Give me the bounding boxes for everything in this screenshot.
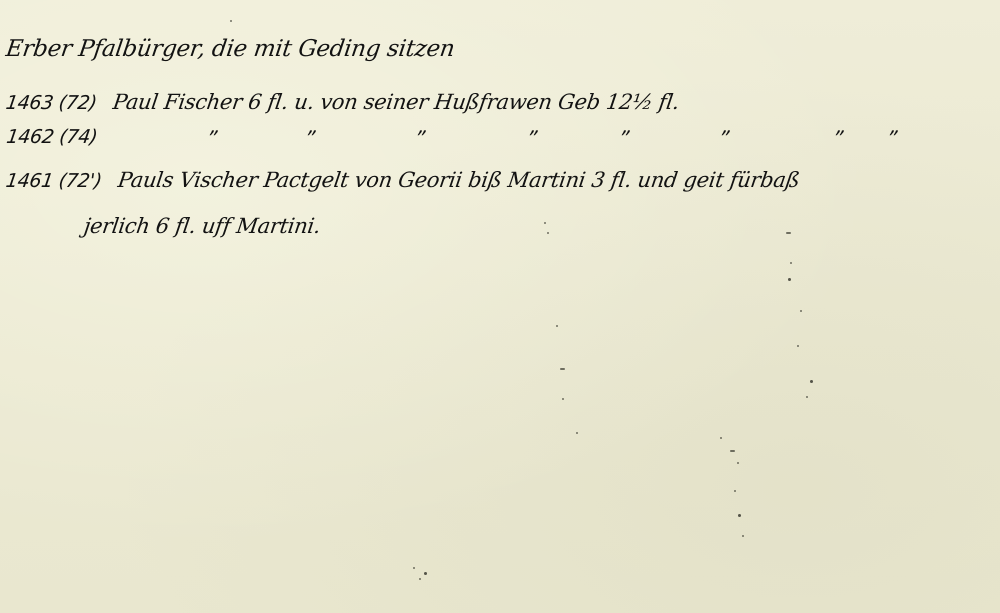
ditto-mark: ” xyxy=(831,128,844,148)
entry-1461-continuation: jerlich 6 fl. uff Martini. xyxy=(83,216,322,237)
ditto-mark: ” xyxy=(303,128,316,148)
ditto-mark: ” xyxy=(885,128,898,148)
entry-text: Pauls Vischer Pactgelt von Georii biß Ma… xyxy=(116,168,801,192)
entry-year: 1463 (72) xyxy=(5,94,98,113)
ditto-mark: ” xyxy=(413,128,426,148)
entry-text: Paul Fischer 6 fl. u. von seiner Hußfraw… xyxy=(111,90,680,114)
entry-1461: 1461 (72') Pauls Vischer Pactgelt von Ge… xyxy=(5,170,801,191)
ditto-mark: ” xyxy=(205,128,218,148)
entry-year: 1462 (74) xyxy=(5,128,98,147)
ditto-mark: ” xyxy=(525,128,538,148)
card-heading: Erber Pfalbürger, die mit Geding sitzen xyxy=(4,38,456,61)
index-card: Erber Pfalbürger, die mit Geding sitzen … xyxy=(0,0,1000,613)
entry-year: 1461 (72') xyxy=(5,172,103,191)
entry-1463: 1463 (72) Paul Fischer 6 fl. u. von sein… xyxy=(5,92,681,113)
ditto-mark: ” xyxy=(717,128,730,148)
entry-1462: 1462 (74) ” ” ” ” ” ” ” ” xyxy=(4,126,808,156)
ditto-mark: ” xyxy=(617,128,630,148)
